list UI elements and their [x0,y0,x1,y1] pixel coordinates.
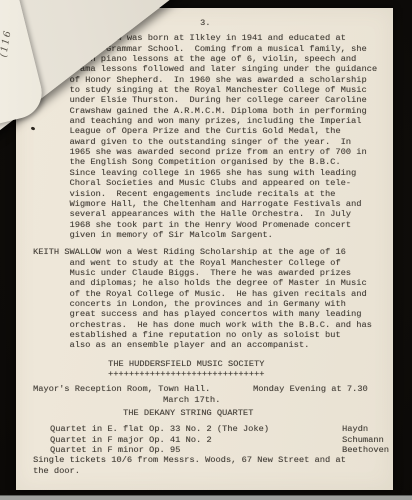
programme-row: Quartet in F minor Op. 95 Beethoven [50,445,393,455]
concert-title: THE DEKANY STRING QUARTET [123,408,393,418]
society-underline: ++++++++++++++++++++++++++++++ [108,369,393,379]
venue-name: Mayor's Reception Room, Town Hall. [33,384,253,394]
scan-edge-strip [0,495,412,500]
composer-name: Schumann [342,435,384,445]
typed-content: 3. CAROLINE CRAWSHAW was born at Ilkley … [16,8,393,476]
tickets-note: Single tickets 10/6 from Messrs. Woods, … [33,455,393,476]
society-title: THE HUDDERSFIELD MUSIC SOCIETY [108,359,393,369]
paragraph-keith-swallow: KEITH SWALLOW won a West Riding Scholars… [33,247,393,350]
paragraph-caroline-crawshaw: CAROLINE CRAWSHAW was born at Ilkley in … [33,33,393,240]
event-time: Monday Evening at 7.30 [253,384,368,394]
programme-row: Quartet in F major Op. 41 No. 2 Schumann [50,435,393,445]
composer-name: Beethoven [342,445,389,455]
programme-row: Quartet in E. flat Op. 33 No. 2 (The Jok… [50,424,393,434]
society-heading: THE HUDDERSFIELD MUSIC SOCIETY +++++++++… [108,359,393,380]
document-page: 3. CAROLINE CRAWSHAW was born at Ilkley … [16,8,393,490]
event-date: March 17th. [163,395,393,405]
work-title: Quartet in F minor Op. 95 [50,445,342,455]
work-title: Quartet in E. flat Op. 33 No. 2 (The Jok… [50,424,342,434]
page-number: 3. [200,18,393,28]
event-venue-line: Mayor's Reception Room, Town Hall. Monda… [33,384,393,394]
programme-list: Quartet in E. flat Op. 33 No. 2 (The Jok… [50,424,393,455]
work-title: Quartet in F major Op. 41 No. 2 [50,435,342,445]
composer-name: Haydn [342,424,368,434]
